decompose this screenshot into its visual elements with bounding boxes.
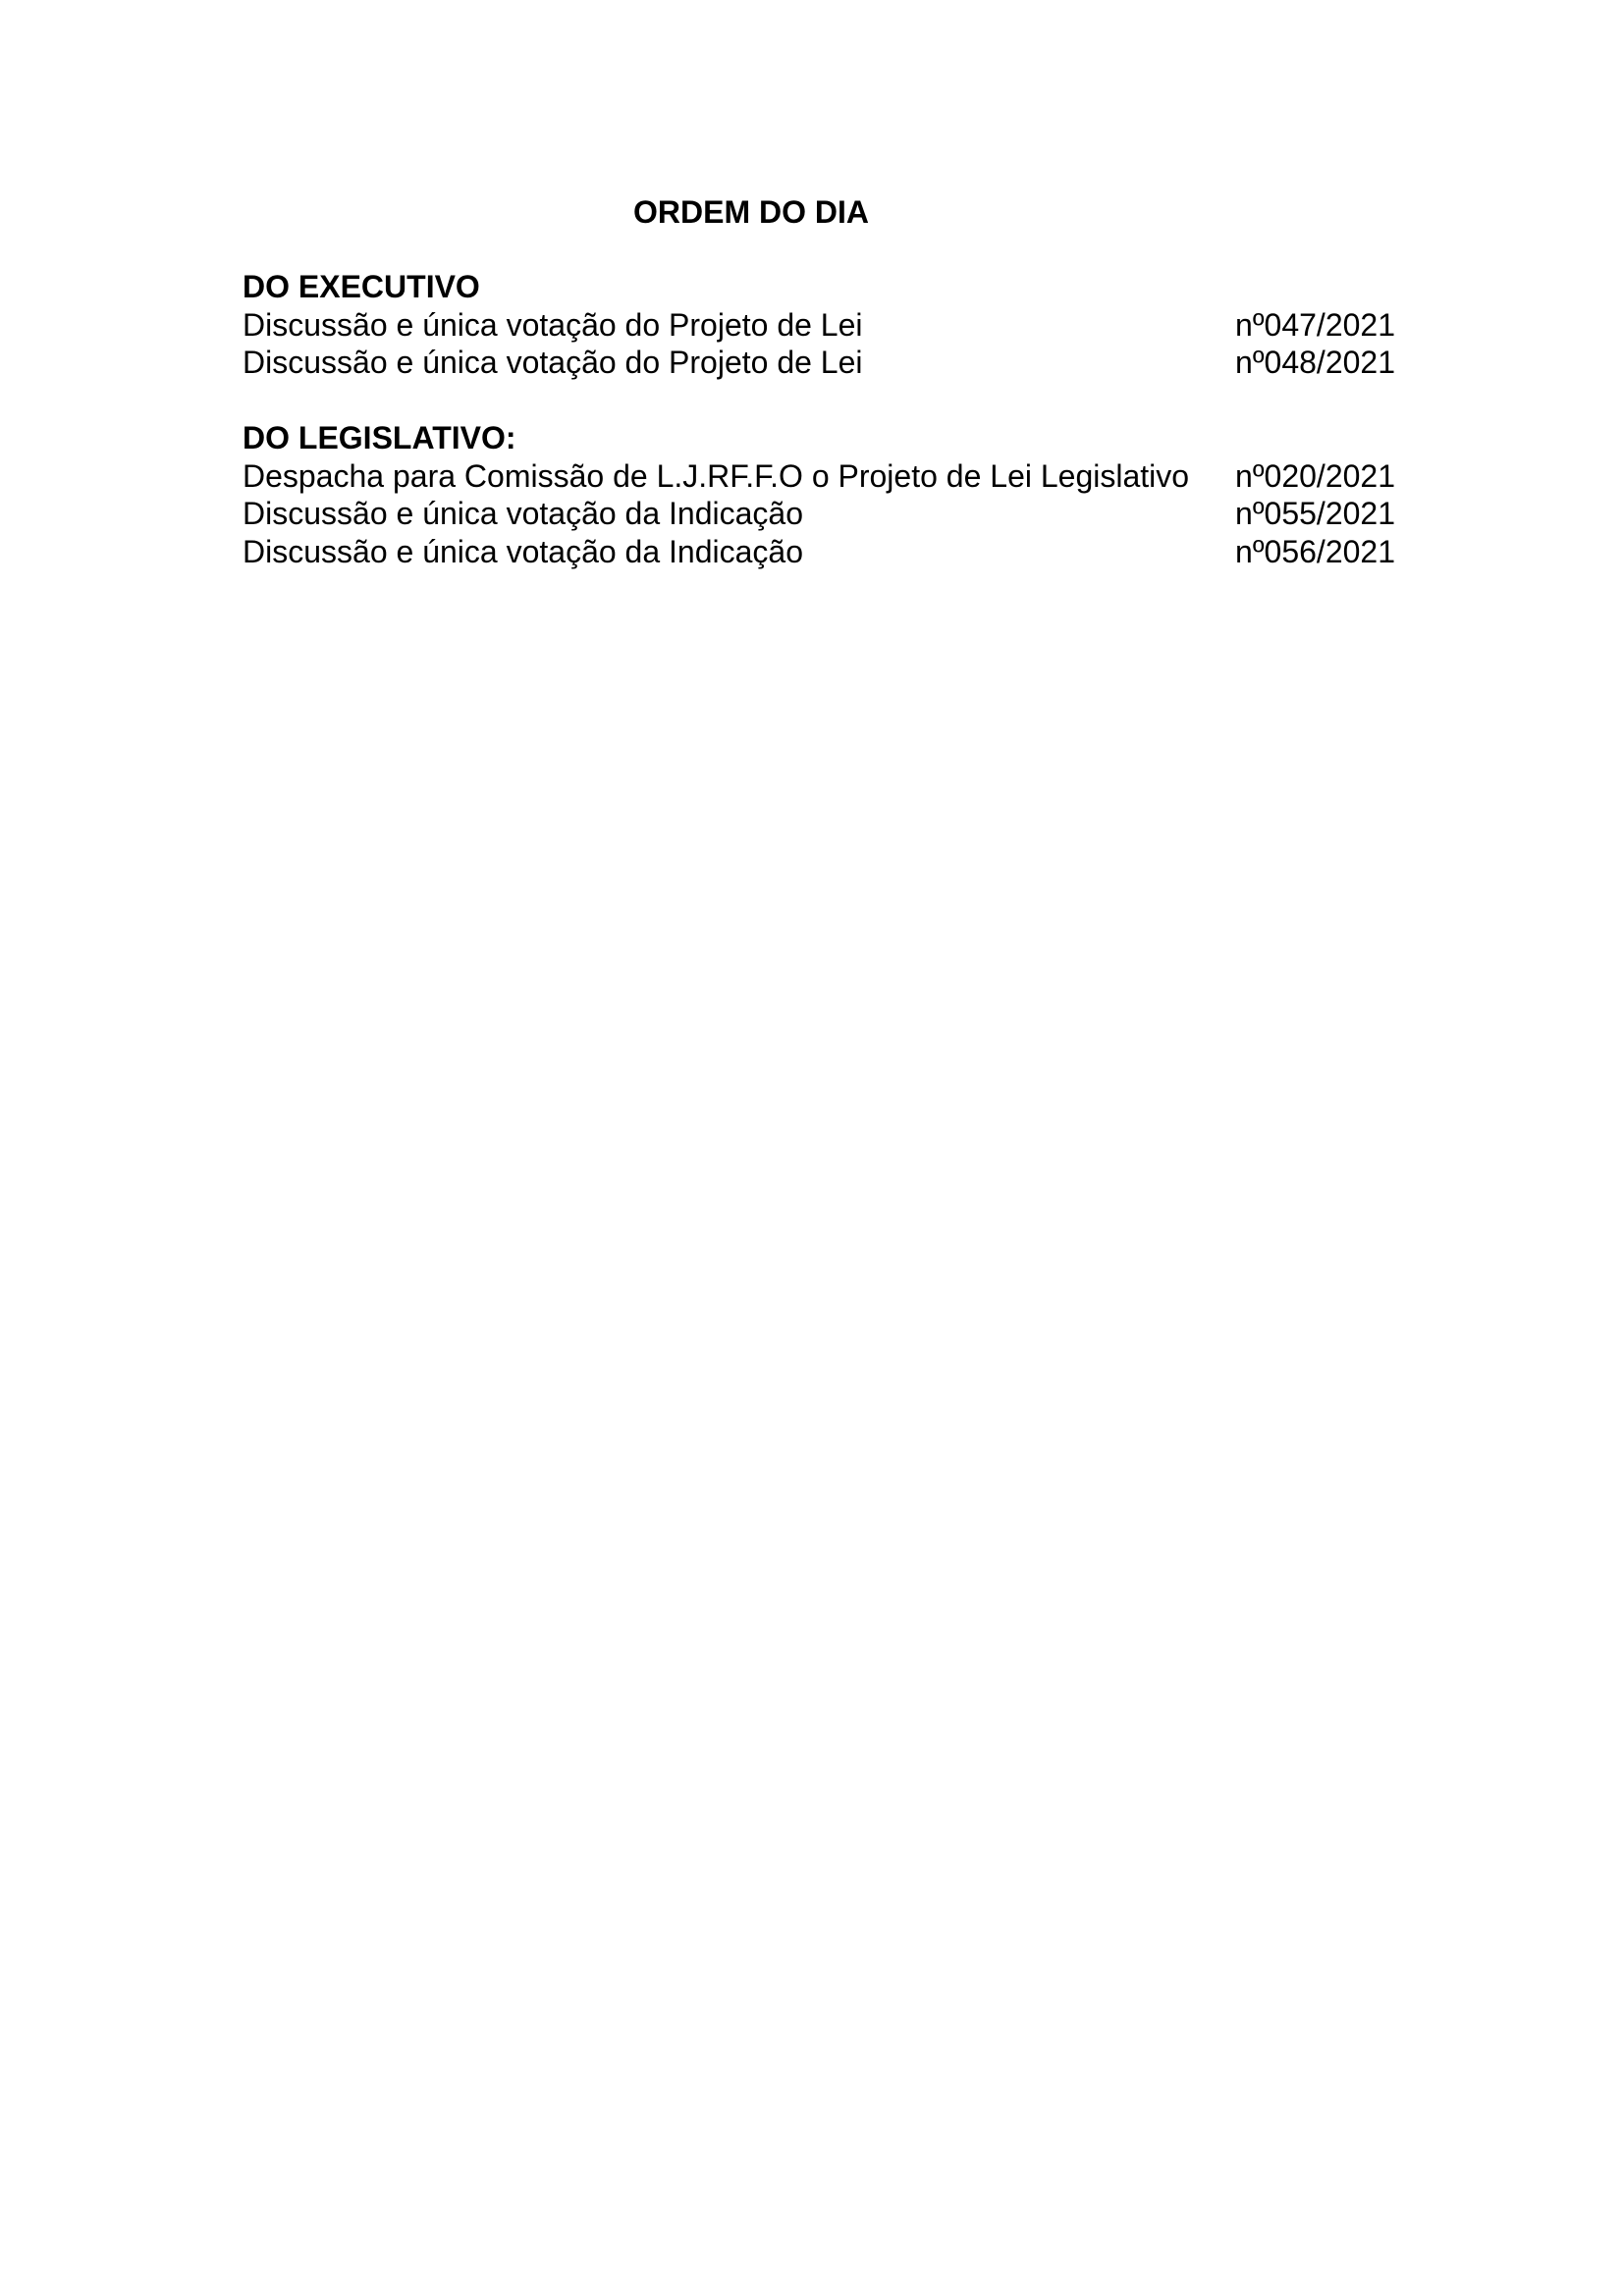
agenda-item-description: Discussão e única votação da Indicação [243,533,803,571]
agenda-item: Discussão e única votação do Projeto de … [243,344,1395,382]
agenda-item-description: Discussão e única votação do Projeto de … [243,306,863,345]
agenda-item-number: nº047/2021 [1227,306,1395,345]
agenda-item-description: Discussão e única votação da Indicação [243,495,803,533]
section-legislativo: DO LEGISLATIVO: Despacha para Comissão d… [243,419,1395,570]
agenda-item: Despacha para Comissão de L.J.RF.F.O o P… [243,457,1395,496]
agenda-item: Discussão e única votação da Indicação n… [243,533,1395,571]
agenda-item-number: nº055/2021 [1227,495,1395,533]
agenda-item-number: nº020/2021 [1227,457,1395,496]
agenda-item-number: nº048/2021 [1227,344,1395,382]
section-executivo: DO EXECUTIVO Discussão e única votação d… [243,268,1395,382]
agenda-item-description: Despacha para Comissão de L.J.RF.F.O o P… [243,457,1189,496]
section-heading-executivo: DO EXECUTIVO [243,268,1395,306]
document-page: ORDEM DO DIA DO EXECUTIVO Discussão e ún… [0,0,1623,2296]
agenda-item: Discussão e única votação da Indicação n… [243,495,1395,533]
agenda-item: Discussão e única votação do Projeto de … [243,306,1395,345]
section-heading-legislativo: DO LEGISLATIVO: [243,419,1395,457]
agenda-item-number: nº056/2021 [1227,533,1395,571]
agenda-item-description: Discussão e única votação do Projeto de … [243,344,863,382]
document-title: ORDEM DO DIA [530,192,972,232]
